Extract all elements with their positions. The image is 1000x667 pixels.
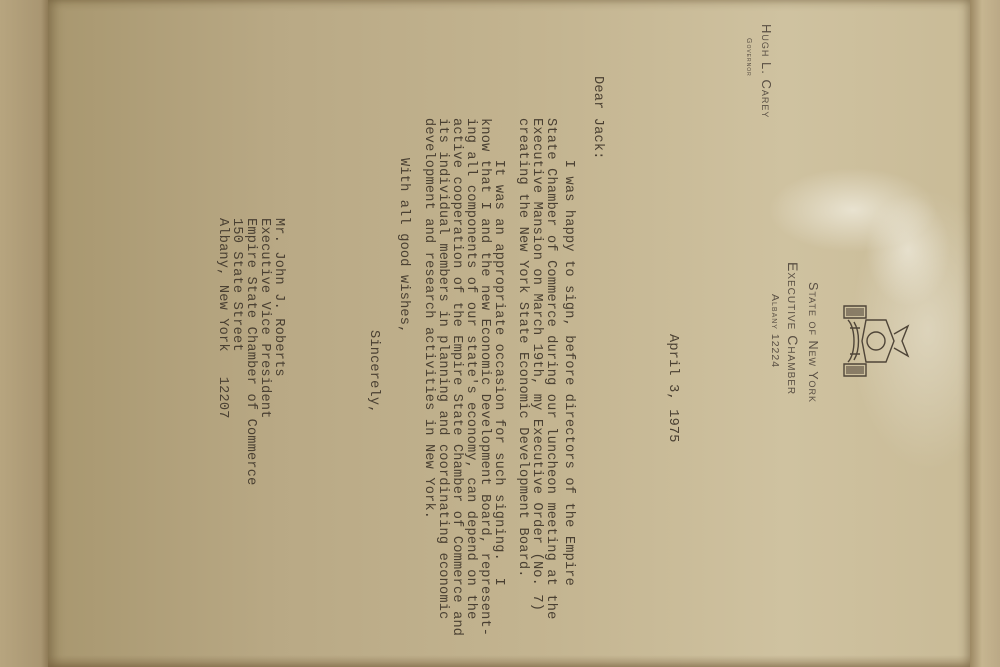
governor-name: Hugh L. Carey [759,24,774,118]
governor-title: Governor [745,38,752,77]
new-york-state-seal-icon [836,298,916,384]
recipient-city: Albany, New York 12207 [212,218,232,419]
letterhead-office: Executive Chamber [785,262,801,395]
closing-wish: With all good wishes, [393,158,413,334]
letterhead-city: Albany 12224 [769,294,781,368]
letterhead-state: State of New York [806,282,820,403]
paragraph-1-line-1: I was happy to sign, before directors of… [558,118,578,586]
paragraph-2-line-6: development and research activities in N… [418,118,438,519]
letter-date: April 3, 1975 [662,334,682,443]
closing: Sincerely, [363,330,383,414]
paragraph-1-line-4: creating the New York State Economic Dev… [512,118,532,578]
paper-edge-shadow [48,655,970,667]
frame-mat-left [0,0,48,667]
frame-mat-right [970,0,1000,667]
letter-paper [48,0,970,667]
salutation: Dear Jack: [587,76,607,160]
